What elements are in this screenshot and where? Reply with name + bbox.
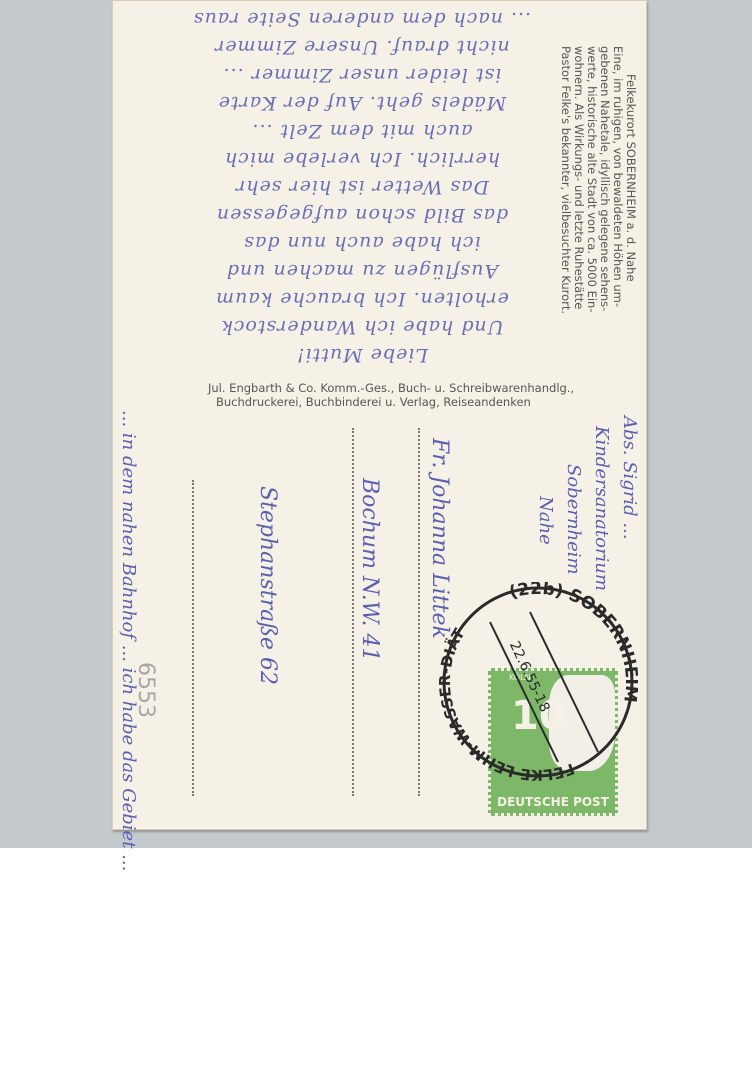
message-line: Und habe ich Wanderstock xyxy=(112,316,612,338)
stamp-country: DEUTSCHE POST xyxy=(491,795,615,809)
pencil-inventory-number: 6553 xyxy=(133,662,158,718)
town-description: Felkekurort SOBERNHEIM a. d. Nahe Eine, … xyxy=(559,46,637,314)
description-line: wohnern. Als Wirkungs- und letzte Ruhest… xyxy=(572,46,585,314)
publisher-line-2: Buchdruckerei, Buchbinderei u. Verlag, R… xyxy=(208,395,574,409)
publisher-imprint: Jul. Engbarth & Co. Komm.-Ges., Buch- u.… xyxy=(208,381,574,409)
description-line: werte, historische alte Stadt von ca. 50… xyxy=(585,46,598,314)
recipient-street: Stephanstraße 62 xyxy=(255,486,280,685)
sender-line: Abs. Sigrid ... xyxy=(619,416,640,540)
message-line: nicht drauf. Unsere Zimmer xyxy=(112,36,612,58)
message-line: Ausflügen zu machen und xyxy=(112,260,612,282)
message-line: erholten. Ich brauche kaum xyxy=(112,288,612,310)
address-line xyxy=(192,480,194,796)
recipient-city: Bochum N.W. 41 xyxy=(357,478,382,662)
address-line xyxy=(352,428,354,796)
handwritten-message: ... nach dem anderen Seite raus nicht dr… xyxy=(112,0,617,380)
svg-text:FELKE LEHM-WASSER-DIÄT: FELKE LEHM-WASSER-DIÄT xyxy=(438,608,580,782)
publisher-line-1: Jul. Engbarth & Co. Komm.-Ges., Buch- u.… xyxy=(208,381,574,395)
message-line: Liebe Mutti! xyxy=(112,344,612,366)
description-line: Pastor Felke's bekannter, vielbesuchter … xyxy=(559,46,572,314)
message-line: ich habe auch nun das xyxy=(112,232,612,254)
sender-line: Nahe xyxy=(535,496,556,545)
message-line: ist leider unser Zimmer ... xyxy=(112,64,612,86)
message-line: ... nach dem anderen Seite raus xyxy=(112,8,612,30)
town-title: Felkekurort SOBERNHEIM a. d. Nahe xyxy=(624,46,637,314)
message-line: auch mit dem Zelt ... xyxy=(112,120,612,142)
message-line: das Bild schon aufgegessen xyxy=(112,204,612,226)
sender-line: Kindersanatorium xyxy=(591,426,612,591)
message-line: herrlich. Ich verlebe mich xyxy=(112,148,612,170)
sender-line: Sobernheim xyxy=(563,464,584,575)
description-line: Eine, im ruhigen, von bewaldeten Höhen u… xyxy=(611,46,624,314)
side-note: ... in dem nahen Bahnhof ... ich habe da… xyxy=(116,410,140,871)
postmark-inner-text: FELKE LEHM-WASSER-DIÄT xyxy=(438,608,580,782)
message-line: Das Wetter ist hier sehr xyxy=(112,176,612,198)
address-line xyxy=(418,428,420,796)
postmark-icon: (22b) SOBERNHEIM FELKE LEHM-WASSER-DIÄT … xyxy=(438,582,638,782)
message-line: Mädels geht. Auf der Karte xyxy=(112,92,612,114)
description-line: gebenen Nahetale, idyllisch gelegene seh… xyxy=(598,46,611,314)
